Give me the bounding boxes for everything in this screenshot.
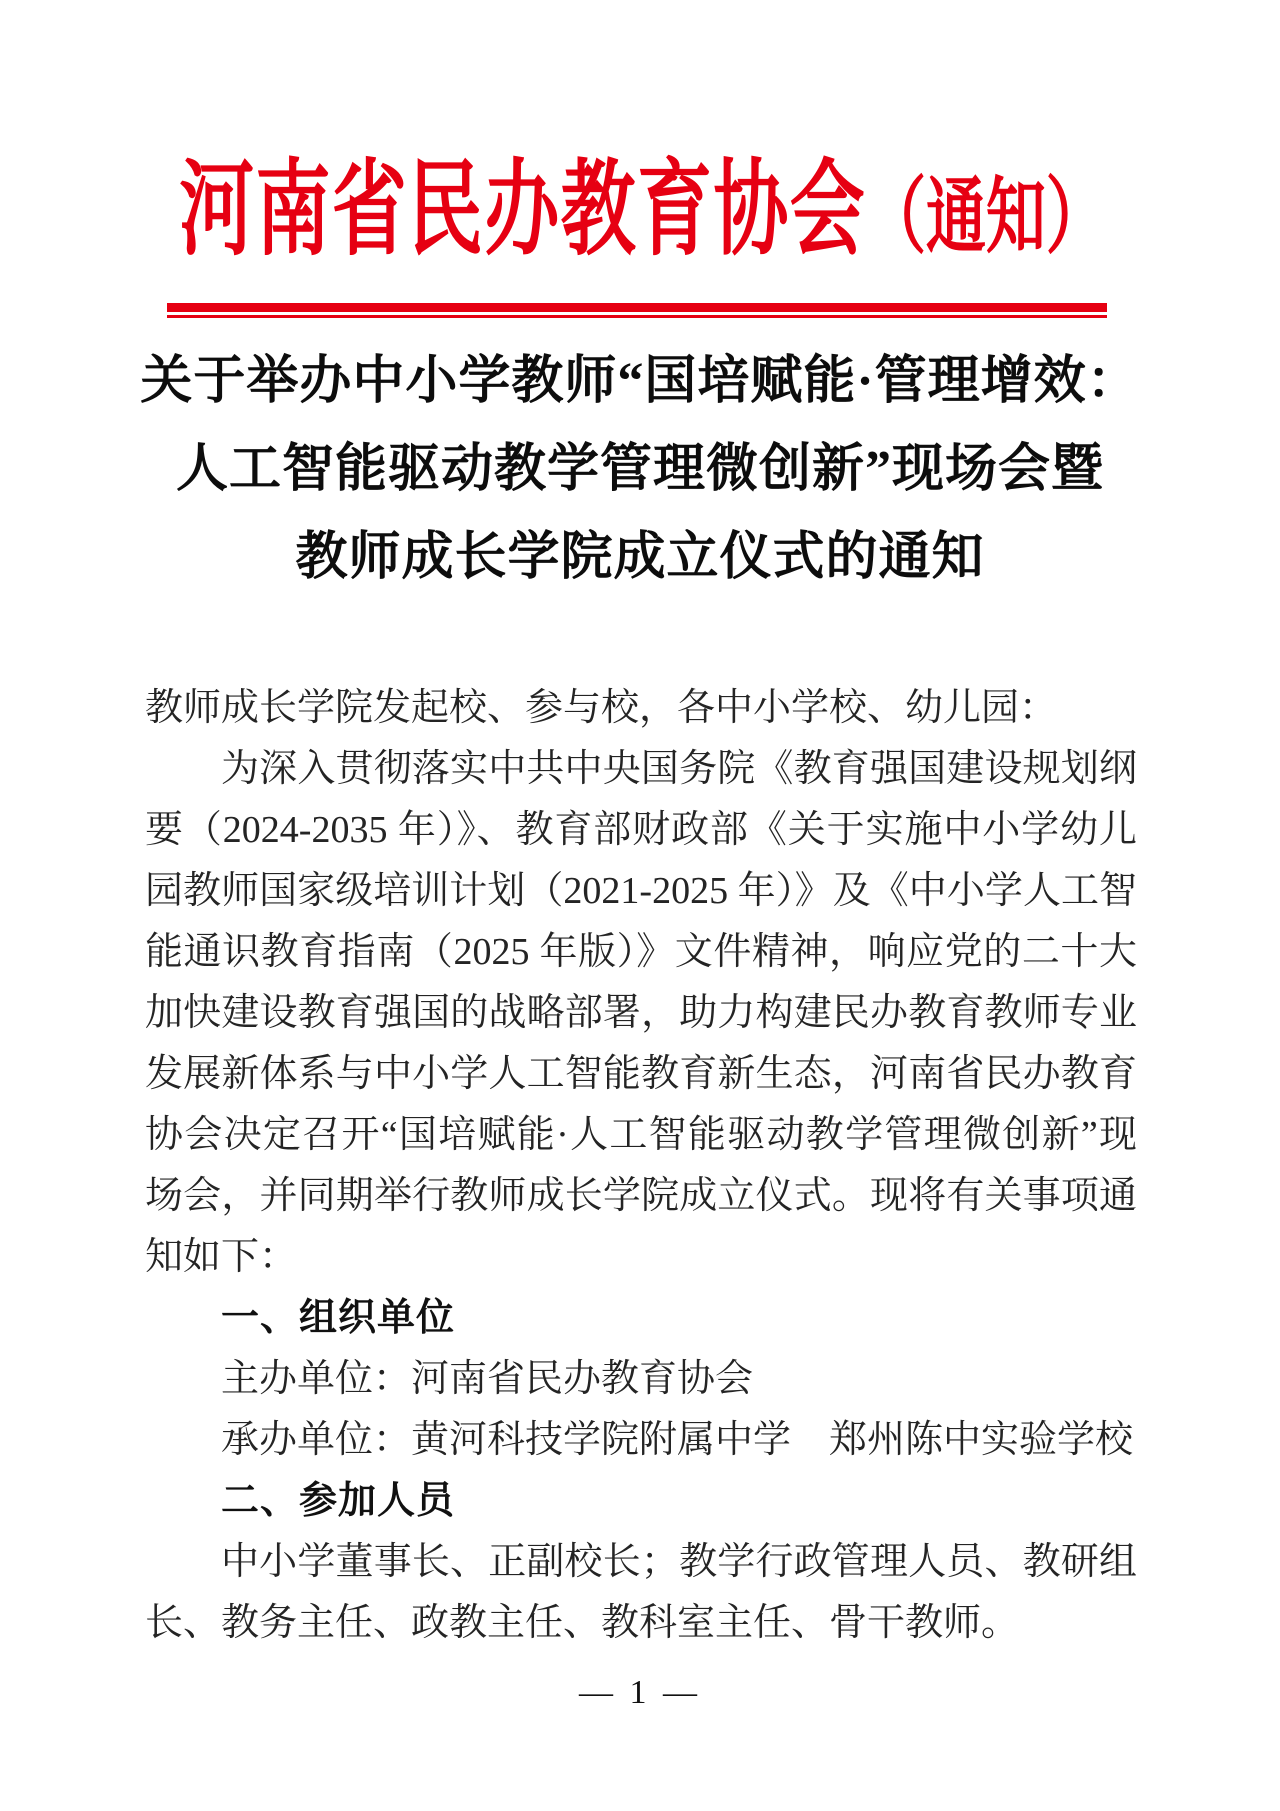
salutation-line: 教师成长学院发起校、参与校，各中小学校、幼儿园： <box>145 678 1137 739</box>
letterhead: 河南省民办教育协会（通知） <box>179 146 1101 282</box>
page-number: — 1 — <box>0 1674 1280 1712</box>
document-title-line-3: 教师成长学院成立仪式的通知 <box>90 514 1190 602</box>
letterhead-org-name: 河南省民办教育协会 <box>179 153 866 268</box>
letterhead-divider-thick-line <box>167 303 1107 312</box>
host-organizer-line: 主办单位：河南省民办教育协会 <box>145 1349 1137 1410</box>
intro-paragraph: 为深入贯彻落实中共中央国务院《教育强国建设规划纲要（2024-2035 年）》、… <box>145 739 1137 1288</box>
document-body: 教师成长学院发起校、参与校，各中小学校、幼儿园： 为深入贯彻落实中共中央国务院《… <box>145 678 1137 1654</box>
document-title-line-2: 人工智能驱动教学管理微创新”现场会暨 <box>90 426 1190 514</box>
letterhead-divider <box>167 303 1107 318</box>
section-1-heading: 一、组织单位 <box>145 1288 1137 1349</box>
letterhead-divider-thin-line <box>167 315 1107 318</box>
letterhead-doc-type: （通知） <box>866 171 1106 263</box>
document-title: 关于举办中小学教师“国培赋能·管理增效： 人工智能驱动教学管理微创新”现场会暨 … <box>90 338 1190 602</box>
section-2-heading: 二、参加人员 <box>145 1471 1137 1532</box>
participants-paragraph: 中小学董事长、正副校长；教学行政管理人员、教研组长、教务主任、政教主任、教科室主… <box>145 1532 1137 1654</box>
co-organizer-line: 承办单位：黄河科技学院附属中学 郑州陈中实验学校 <box>145 1410 1137 1471</box>
document-title-line-1: 关于举办中小学教师“国培赋能·管理增效： <box>90 338 1190 426</box>
notice-document-page: 河南省民办教育协会（通知） 关于举办中小学教师“国培赋能·管理增效： 人工智能驱… <box>0 0 1280 1811</box>
